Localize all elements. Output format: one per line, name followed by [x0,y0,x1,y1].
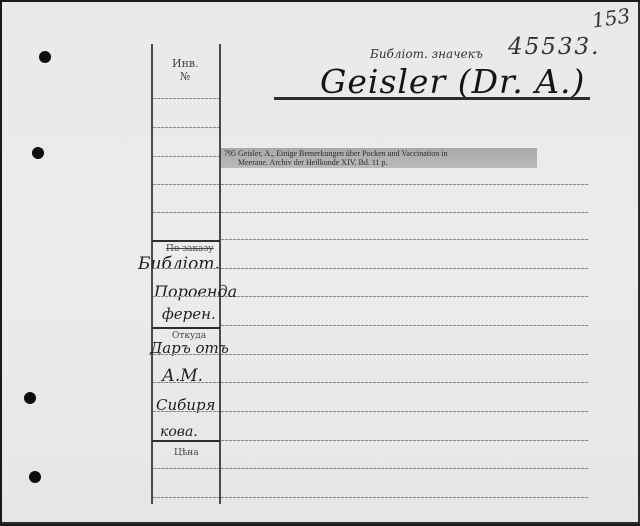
punch-hole [24,392,36,404]
body-rule [221,296,589,297]
order-value-line-2: Пороенда [154,282,237,301]
order-value-line-1: Библіот. [138,254,220,274]
body-rule [221,354,589,355]
column-rule [153,184,219,185]
punch-hole [29,471,41,483]
body-rule [221,411,589,412]
pasted-citation-clipping: 795 Geisler, A., Einige Bemerkungen über… [221,148,537,168]
call-number: 45533. [508,34,600,60]
column-rule [153,212,219,213]
body-rule [221,382,589,383]
heading-underline [274,97,590,100]
column-rule [153,354,219,355]
citation-line-2: Meerane. Archiv der Heilkunde XIV. Bd. 1… [224,158,534,167]
source-section-divider [152,327,220,329]
column-rule [153,382,219,383]
body-rule [221,239,589,240]
column-rule [153,411,219,412]
column-right-border [219,44,221,504]
order-label: По заказу [166,244,214,254]
column-rule [153,268,219,269]
column-rule [153,156,219,157]
inv-label: Инв. [172,57,199,70]
page-number: 153 [591,3,632,32]
column-rule [153,468,219,469]
column-rule [153,127,219,128]
punch-hole [32,147,44,159]
column-left-border [151,44,153,504]
price-label: Цѣна [174,448,199,458]
body-rule [221,468,589,469]
punch-hole [39,51,51,63]
body-rule [221,268,589,269]
body-rule [221,325,589,326]
column-rule [153,497,219,498]
source-value-line-4: кова. [160,424,198,440]
author-heading: Geisler (Dr. A.) [320,62,585,101]
order-value-line-3: ферен. [162,305,216,323]
catalog-card: 153 Библіот. значекъ 45533. Geisler (Dr.… [2,2,640,524]
source-value-line-2: А.М. [162,366,203,386]
body-rule [221,497,589,498]
order-section-divider [152,240,220,242]
column-rule [153,296,219,297]
call-number-label: Библіот. значекъ [370,47,483,61]
body-rule [221,440,589,441]
citation-line-1: 795 Geisler, A., Einige Bemerkungen über… [224,149,447,158]
body-rule [221,212,589,213]
inv-no-label: № [180,70,190,83]
column-rule [153,98,219,99]
body-rule [221,184,589,185]
price-section-divider [152,440,220,442]
